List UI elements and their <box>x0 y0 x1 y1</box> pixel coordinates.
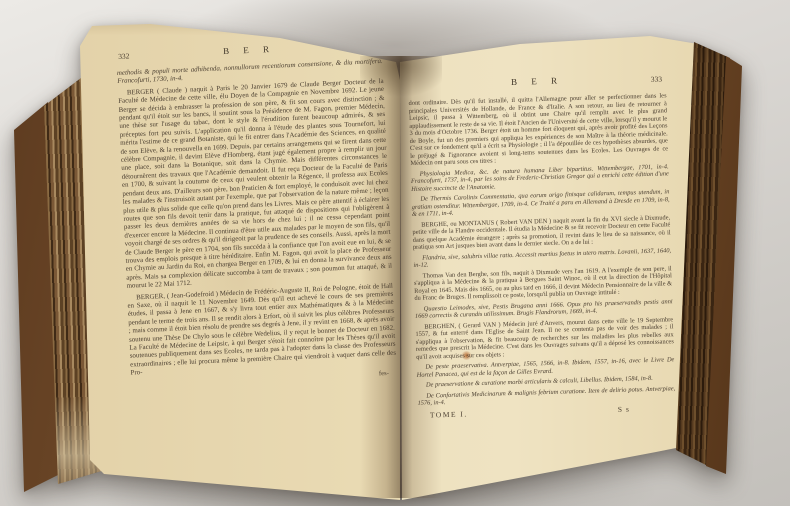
volume-label: TOME I. <box>430 410 468 419</box>
photo-backdrop: 332 B E R methodis & populi morte adhibe… <box>0 0 790 506</box>
left-page-number: 332 <box>118 52 130 61</box>
right-page-text: B E R 333 dont ordinaire. Dès qu'il fut … <box>408 74 676 419</box>
entry-berghen-gerard-van: BERGHEN, ( Gerard VAN ) Médecin juré d'A… <box>415 316 674 361</box>
entry-berghe-montanus: BERGHE, ou MONTANUS ( Robert VAN DEN ) n… <box>412 214 671 252</box>
entry-berger-jean-godefroid: BERGER, ( Jean-Godefroid ) Médecin de Fr… <box>127 282 397 378</box>
left-page-text: 332 B E R methodis & populi morte adhibe… <box>116 40 397 390</box>
entry-thomas-van-den-berghe: Thomas Van den Berghe, son fils, naquit … <box>414 265 673 303</box>
entry-berger-claude: BERGER ( Claude ) naquit à Paris le 20 J… <box>118 78 393 292</box>
right-page-number: 333 <box>651 75 662 83</box>
open-book: 332 B E R methodis & populi morte adhibe… <box>0 0 790 506</box>
right-running-header: B E R <box>511 75 563 87</box>
bibliography-de-thermis: De Thermis Carolinis Commentatio, qua eo… <box>411 188 670 218</box>
left-running-header: B E R <box>223 44 275 56</box>
entry-berger-continuation: dont ordinaire. Dès qu'il fut installé, … <box>409 92 669 167</box>
signature-mark: S s <box>618 405 630 413</box>
